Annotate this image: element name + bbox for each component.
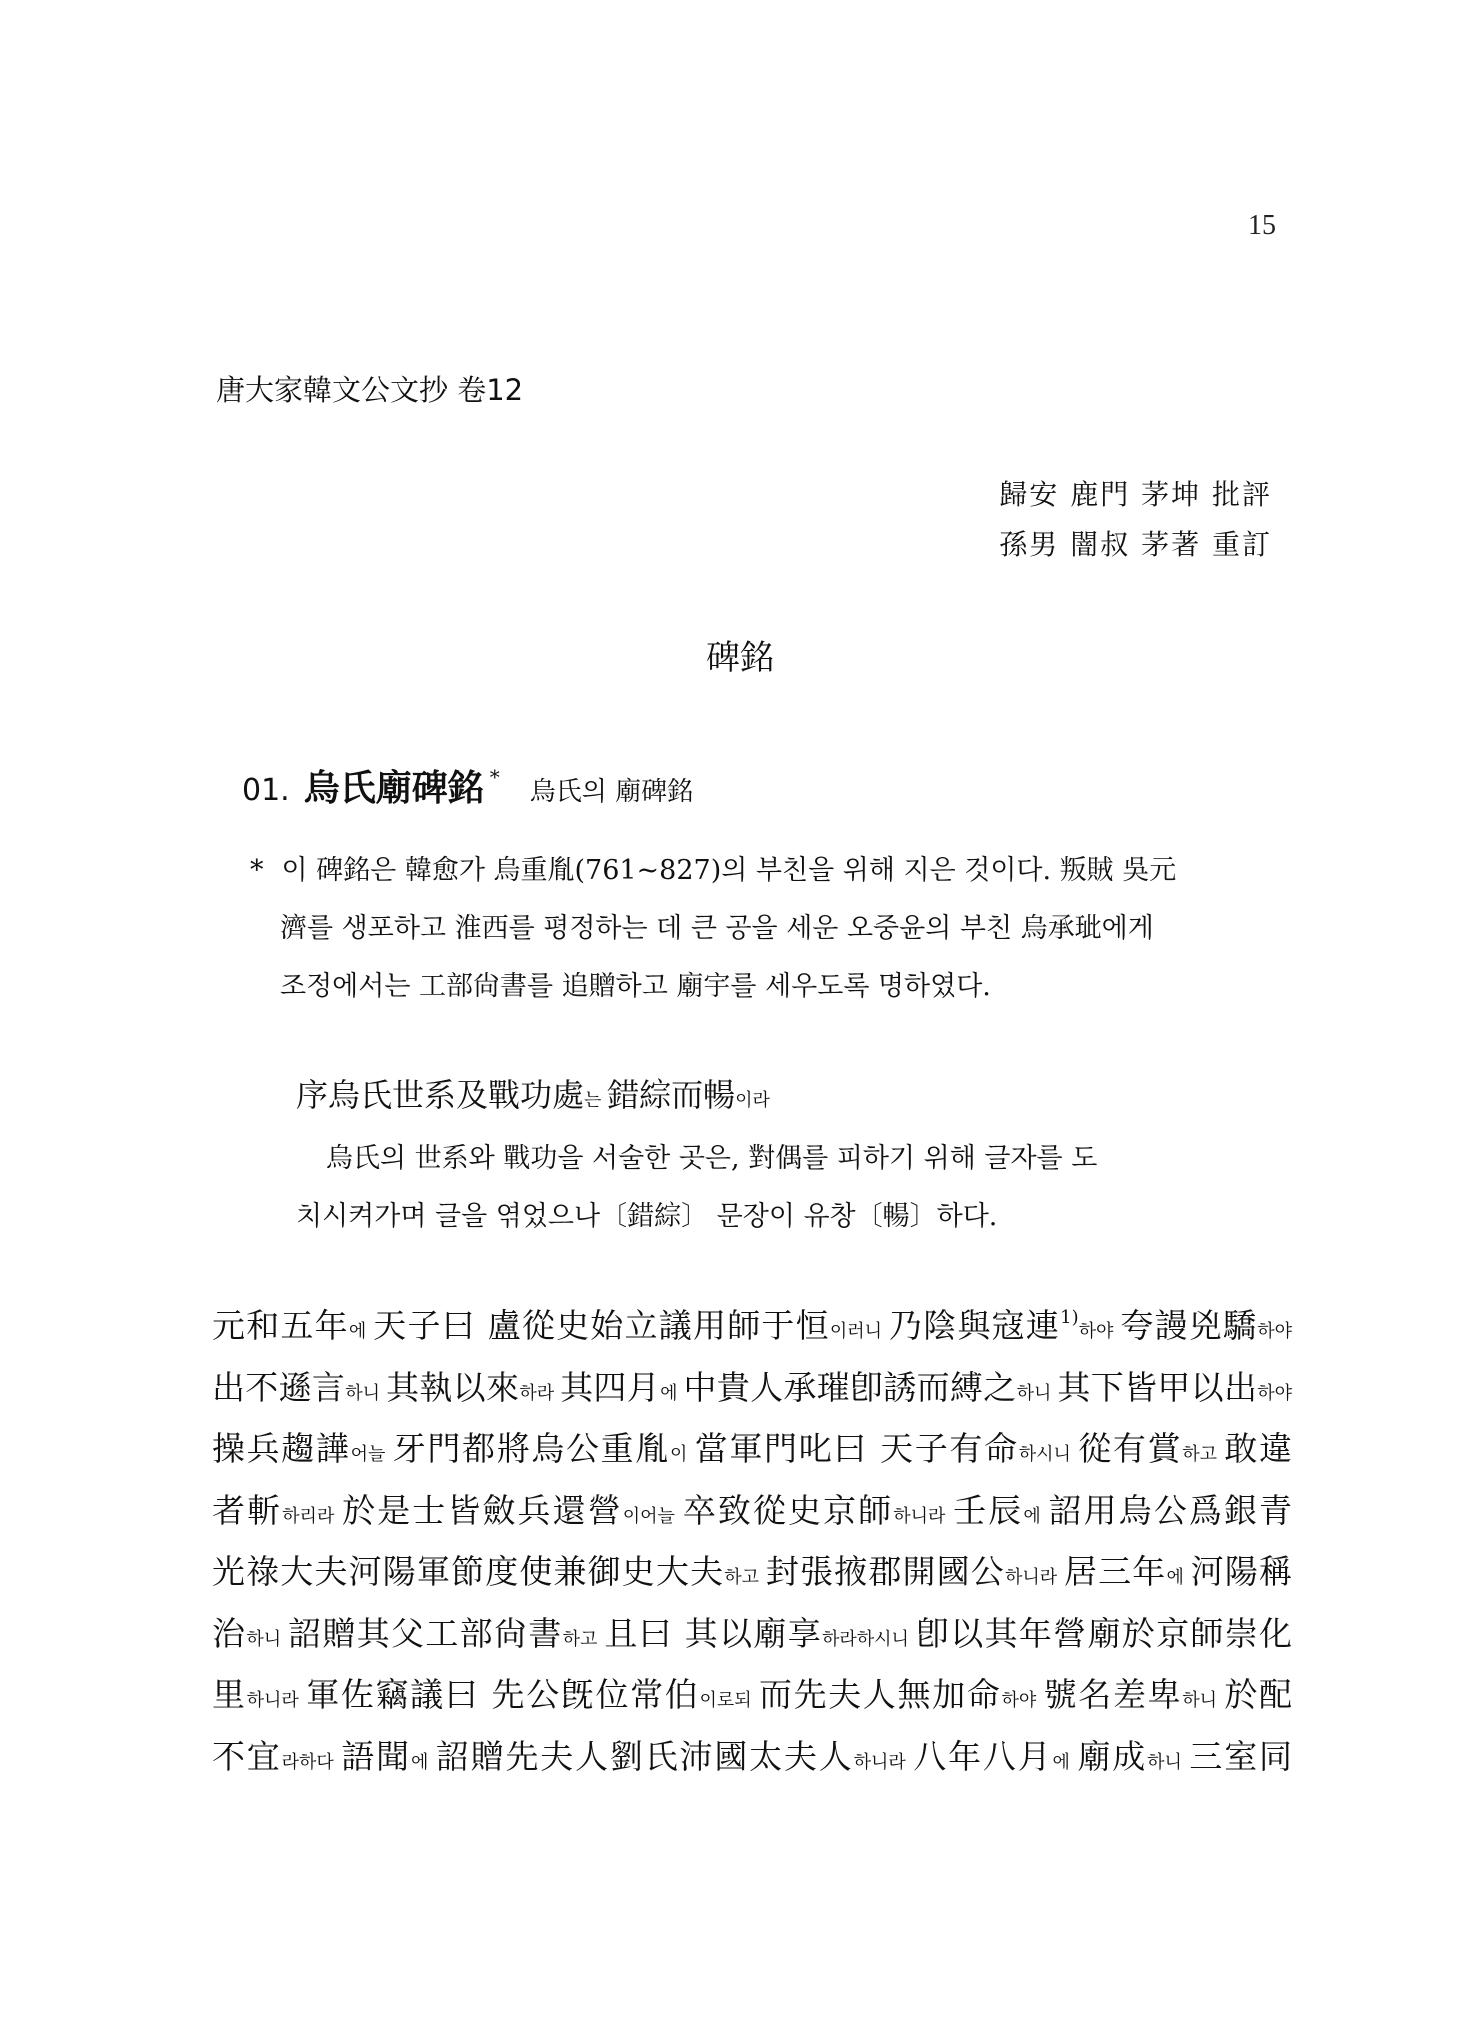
hanja-text: 於是士皆斂兵還營: [342, 1491, 623, 1530]
korean-particle: 하니: [1017, 1383, 1058, 1404]
hanja-text: 操兵趨譁: [212, 1429, 351, 1468]
text-line: 光祿大夫河陽軍節度使兼御史大夫하고 封張掖郡開國公하니라 居三年에 河陽稱: [212, 1544, 1292, 1606]
korean-particle: 하니라: [893, 1506, 953, 1527]
hanja-text: 天子曰 盧從史始立議用師于恒: [373, 1306, 830, 1345]
hanja-text: 卒致從史京師: [683, 1491, 893, 1530]
hanja-text: 河陽稱: [1191, 1552, 1292, 1591]
korean-particle: 하라: [519, 1383, 560, 1404]
hanja-text: 詔用烏公爲銀青: [1049, 1491, 1292, 1530]
hanja-text: 其下皆甲以出: [1057, 1368, 1257, 1407]
korean-particle: 하리라: [282, 1506, 342, 1527]
hanja-text: 而先夫人無加命: [759, 1675, 1002, 1714]
korean-particle: 라하다: [282, 1752, 342, 1773]
commentary-block: 序烏氏世系及戰功處는 錯綜而暢이라 烏氏의 世系와 戰功을 서술한 곳은, 對偶…: [296, 1070, 1286, 1246]
translation-line: 烏氏의 世系와 戰功을 서술한 곳은, 對偶를 피하기 위해 글자를 도: [296, 1130, 1286, 1188]
headnote-line: 조정에서는 工部尙書를 追贈하고 廟宇를 세우도록 명하였다.: [250, 958, 1290, 1016]
korean-particle: 에: [411, 1752, 436, 1773]
korean-particle: 어늘: [351, 1444, 393, 1465]
hanja-text: 里: [212, 1675, 247, 1714]
korean-particle: 하니: [345, 1383, 386, 1404]
headnote-line: *이 碑銘은 韓愈가 烏重胤(761~827)의 부친을 위해 지은 것이다. …: [250, 842, 1290, 900]
commentary-hanja: 序烏氏世系及戰功處: [296, 1076, 584, 1114]
headnote-line: 濟를 생포하고 淮西를 평정하는 데 큰 공을 세운 오중윤의 부친 烏承玼에게: [250, 900, 1290, 958]
text-line: 出不遜言하니 其執以來하라 其四月에 中貴人承璀卽誘而縛之하니 其下皆甲以出하야: [212, 1360, 1292, 1422]
korean-particle: 에: [1023, 1506, 1048, 1527]
korean-particle: 이: [670, 1444, 695, 1465]
commentary-heading: 序烏氏世系及戰功處는 錯綜而暢이라: [296, 1070, 1286, 1126]
hanja-text: 敢違: [1224, 1429, 1292, 1468]
hanja-text: 語聞: [341, 1737, 411, 1776]
korean-particle: 하니라: [247, 1690, 307, 1711]
korean-particle: 이어늘: [623, 1506, 683, 1527]
commentary-hanja: 錯綜而暢: [607, 1076, 735, 1114]
hanja-text: 軍佐竊議曰 先公旣位常伯: [306, 1675, 699, 1714]
commentary-translation: 烏氏의 世系와 戰功을 서술한 곳은, 對偶를 피하기 위해 글자를 도 치시켜…: [296, 1130, 1286, 1246]
text-line: 者斬하리라 於是士皆斂兵還營이어늘 卒致從史京師하니라 壬辰에 詔用烏公爲銀青: [212, 1483, 1292, 1545]
hanja-text: 廟成: [1077, 1737, 1147, 1776]
korean-particle: 에: [1053, 1752, 1078, 1773]
credit-line-revision: 孫男 闇叔 茅著 重訂: [999, 520, 1272, 570]
credits-block: 歸安 鹿門 茅坤 批評 孫男 闇叔 茅著 重訂: [999, 470, 1272, 570]
text-line: 治하니 詔贈其父工部尙書하고 且曰 其以廟享하라하시니 卽以其年營廟於京師崇化: [212, 1606, 1292, 1668]
hanja-text: 中貴人承璀卽誘而縛之: [683, 1368, 1016, 1407]
hanja-text: 三室同: [1189, 1737, 1292, 1776]
running-title: 唐大家韓文公文抄 卷12: [216, 368, 523, 409]
translation-line: 치시켜가며 글을 엮었으나〔錯綜〕 문장이 유창〔暢〕하다.: [296, 1188, 1286, 1246]
korean-particle: 하니: [1147, 1752, 1189, 1773]
commentary-gloss: 이라: [735, 1090, 770, 1111]
hanja-text: 從有賞: [1078, 1429, 1182, 1468]
hanja-text: 且曰 其以廟享: [604, 1614, 822, 1653]
footnote-reference[interactable]: 1): [1060, 1307, 1078, 1328]
korean-particle: 하야: [1002, 1690, 1044, 1711]
text-line: 元和五年에 天子曰 盧從史始立議用師于恒이러니 乃陰與寇連1)하야 夸謾兇驕하야: [212, 1298, 1292, 1360]
korean-particle: 하니: [246, 1629, 288, 1650]
note-marker: *: [250, 855, 264, 886]
korean-particle: 하고: [563, 1629, 605, 1650]
korean-particle: 에: [660, 1383, 683, 1404]
hanja-text: 治: [212, 1614, 246, 1653]
note-reference-mark[interactable]: *: [490, 765, 500, 789]
text-line: 里하니라 軍佐竊議曰 先公旣位常伯이로되 而先夫人無加命하야 號名差卑하니 於配: [212, 1667, 1292, 1729]
hanja-text: 當軍門叱曰 天子有命: [695, 1429, 1019, 1468]
korean-particle: 하라하시니: [822, 1629, 916, 1650]
article-subtitle: 烏氏의 廟碑銘: [530, 771, 693, 808]
article-number: 01.: [242, 773, 290, 808]
text-line: 操兵趨譁어늘 牙門都將烏公重胤이 當軍門叱曰 天子有命하시니 從有賞하고 敢違: [212, 1421, 1292, 1483]
hanja-text: 者斬: [212, 1491, 282, 1530]
korean-particle: 하고: [1182, 1444, 1224, 1465]
hanja-text: 乃陰與寇連: [889, 1306, 1060, 1345]
korean-particle: 이로되: [699, 1690, 759, 1711]
korean-particle: 하야: [1257, 1383, 1292, 1404]
headnote-text: 이 碑銘은 韓愈가 烏重胤(761~827)의 부친을 위해 지은 것이다. 叛…: [282, 855, 1177, 886]
hanja-text: 詔贈先夫人劉氏沛國太夫人: [436, 1737, 854, 1776]
korean-particle: 하니: [1182, 1690, 1224, 1711]
credit-line-commentary: 歸安 鹿門 茅坤 批評: [999, 470, 1272, 520]
hanja-text: 夸謾兇驕: [1120, 1306, 1257, 1345]
korean-particle: 에: [349, 1321, 373, 1342]
hanja-text: 牙門都將烏公重胤: [393, 1429, 670, 1468]
korean-particle: 하니라: [854, 1752, 914, 1773]
text-line: 不宜라하다 語聞에 詔贈先夫人劉氏沛國太夫人하니라 八年八月에 廟成하니 三室同: [212, 1729, 1292, 1791]
korean-particle: 이러니: [830, 1321, 889, 1342]
hanja-text: 不宜: [212, 1737, 282, 1776]
main-text: 元和五年에 天子曰 盧從史始立議用師于恒이러니 乃陰與寇連1)하야 夸謾兇驕하야…: [212, 1298, 1292, 1790]
korean-particle: 에: [1166, 1567, 1190, 1588]
korean-particle: 하시니: [1019, 1444, 1079, 1465]
commentary-gloss: 는: [584, 1090, 607, 1111]
hanja-text: 詔贈其父工部尙書: [288, 1614, 562, 1653]
hanja-text: 居三年: [1064, 1552, 1166, 1591]
hanja-text: 八年八月: [913, 1737, 1052, 1776]
hanja-text: 其四月: [560, 1368, 660, 1407]
hanja-text: 卽以其年營廟於京師崇化: [916, 1614, 1292, 1653]
hanja-text: 封張掖郡開國公: [766, 1552, 1005, 1591]
hanja-text: 出不遜言: [212, 1368, 345, 1407]
page-number: 15: [1248, 210, 1276, 242]
article-title: 烏氏廟碑銘: [304, 760, 484, 811]
hanja-text: 其執以來: [386, 1368, 519, 1407]
korean-particle: 하야: [1257, 1321, 1292, 1342]
korean-particle: 하니라: [1005, 1567, 1064, 1588]
hanja-text: 光祿大夫河陽軍節度使兼御史大夫: [212, 1552, 724, 1591]
korean-particle: 하야: [1079, 1321, 1121, 1342]
section-title: 碑銘: [0, 630, 1480, 679]
article-heading: 01. 烏氏廟碑銘 * 烏氏의 廟碑銘: [242, 760, 693, 811]
hanja-text: 元和五年: [212, 1306, 349, 1345]
hanja-text: 於配: [1224, 1675, 1292, 1714]
korean-particle: 하고: [724, 1567, 766, 1588]
hanja-text: 壬辰: [953, 1491, 1023, 1530]
hanja-text: 號名差卑: [1044, 1675, 1183, 1714]
headnote: *이 碑銘은 韓愈가 烏重胤(761~827)의 부친을 위해 지은 것이다. …: [250, 842, 1290, 1016]
